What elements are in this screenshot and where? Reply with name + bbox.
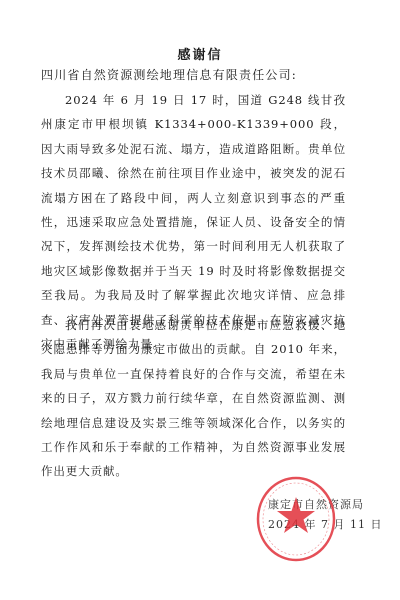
official-seal-icon <box>255 475 337 563</box>
letter-title: 感谢信 <box>0 44 400 63</box>
salutation: 四川省自然资源测绘地理信息有限责任公司: <box>41 66 297 83</box>
paragraph-2: 我们再次由衷地感谢贵单位在康定市应急救援、地灾隐患排等方面为康定市做出的贡献。自… <box>41 313 346 484</box>
